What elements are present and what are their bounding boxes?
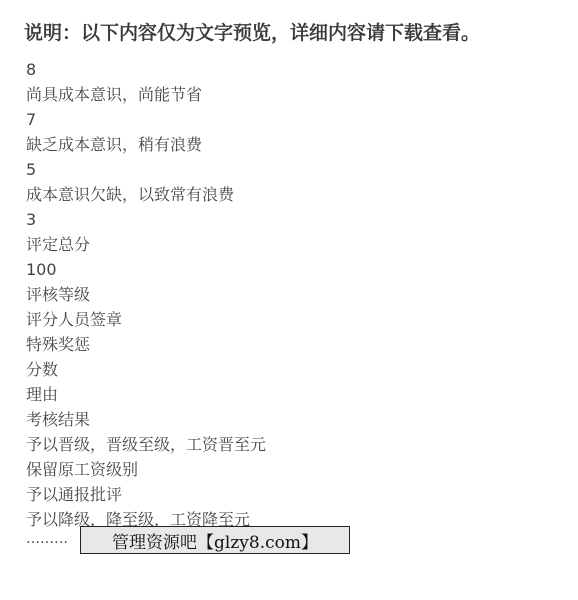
text-line: 保留原工资级别 (26, 457, 266, 482)
text-line: 分数 (26, 357, 266, 382)
text-line: 予以晋级，晋级至级，工资晋至元 (26, 432, 266, 457)
text-line: 予以通报批评 (26, 482, 266, 507)
truncation-ellipsis: ……… (26, 531, 68, 547)
text-line: 尚具成本意识，尚能节省 (26, 82, 266, 107)
text-line: 评定总分 (26, 232, 266, 257)
text-line: 8 (26, 57, 266, 82)
text-line: 5 (26, 157, 266, 182)
document-text-list: 8 尚具成本意识，尚能节省 7 缺乏成本意识，稍有浪费 5 成本意识欠缺，以致常… (26, 57, 266, 532)
text-line: 100 (26, 257, 266, 282)
text-line: 缺乏成本意识，稍有浪费 (26, 132, 266, 157)
text-line: 理由 (26, 382, 266, 407)
text-line: 评核等级 (26, 282, 266, 307)
text-line: 3 (26, 207, 266, 232)
text-line: 评分人员签章 (26, 307, 266, 332)
watermark-banner: 管理资源吧【glzy8.com】 (80, 526, 350, 554)
text-line: 考核结果 (26, 407, 266, 432)
preview-notice: 说明：以下内容仅为文字预览，详细内容请下载查看。 (24, 18, 480, 45)
text-line: 7 (26, 107, 266, 132)
text-line: 成本意识欠缺，以致常有浪费 (26, 182, 266, 207)
text-line: 特殊奖惩 (26, 332, 266, 357)
